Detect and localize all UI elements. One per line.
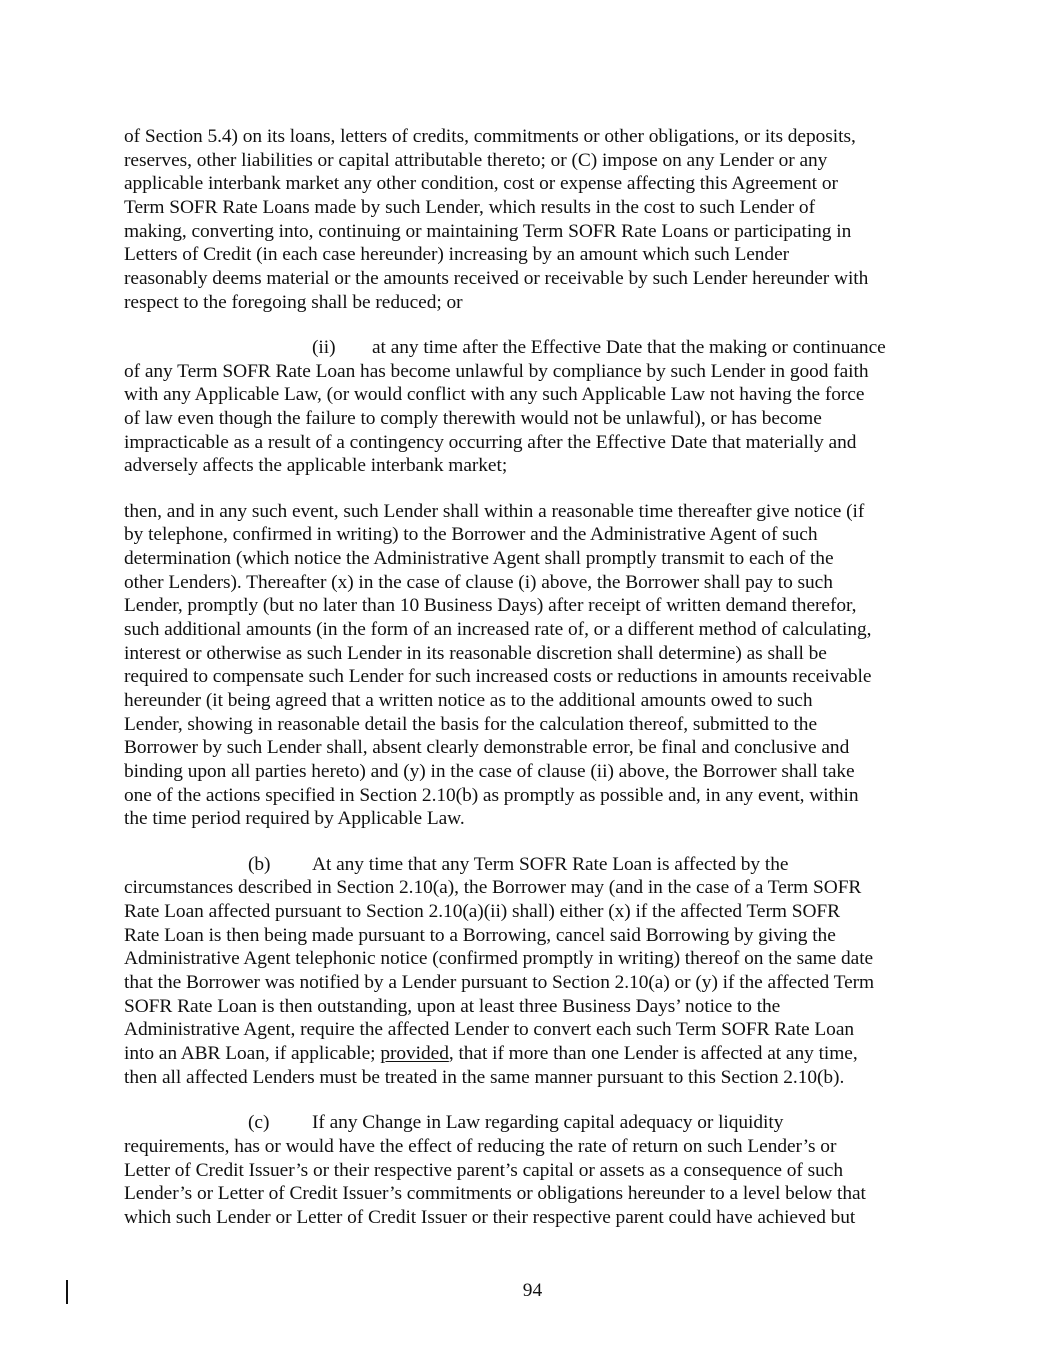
text-line: Lender’s or Letter of Credit Issuer’s co… (124, 1182, 866, 1206)
text-line: then, and in any such event, such Lender… (124, 500, 864, 524)
text-segment: into an ABR Loan, if applicable; (124, 1043, 380, 1064)
provided-underlined-term: provided (380, 1043, 449, 1064)
text-line: requirements, has or would have the effe… (124, 1135, 836, 1159)
text-line: applicable interbank market any other co… (124, 172, 838, 196)
text-line: Administrative Agent, require the affect… (124, 1018, 854, 1042)
text-line: one of the actions specified in Section … (124, 784, 859, 808)
text-line: respect to the foregoing shall be reduce… (124, 291, 463, 315)
text-line: that the Borrower was notified by a Lend… (124, 971, 874, 995)
text-line: of any Term SOFR Rate Loan has become un… (124, 360, 869, 384)
text-line: At any time that any Term SOFR Rate Loan… (312, 853, 788, 877)
text-line: Letters of Credit (in each case hereunde… (124, 243, 789, 267)
paragraph-label: (c) (248, 1111, 269, 1135)
text-line: reserves, other liabilities or capital a… (124, 149, 827, 173)
text-line: required to compensate such Lender for s… (124, 665, 871, 689)
paragraph-label: (b) (248, 853, 270, 877)
text-line: interest or otherwise as such Lender in … (124, 642, 827, 666)
text-line: circumstances described in Section 2.10(… (124, 876, 861, 900)
text-line: hereunder (it being agreed that a writte… (124, 689, 813, 713)
text-line: Letter of Credit Issuer’s or their respe… (124, 1159, 843, 1183)
text-line: of Section 5.4) on its loans, letters of… (124, 125, 856, 149)
text-line: Lender, promptly (but no later than 10 B… (124, 594, 856, 618)
text-line: then all affected Lenders must be treate… (124, 1066, 844, 1090)
text-line: Administrative Agent telephonic notice (… (124, 947, 873, 971)
text-segment: , that if more than one Lender is affect… (449, 1043, 858, 1064)
text-line: impracticable as a result of a contingen… (124, 431, 856, 455)
text-line: adversely affects the applicable interba… (124, 454, 507, 478)
text-line: of law even though the failure to comply… (124, 407, 822, 431)
text-line: determination (which notice the Administ… (124, 547, 834, 571)
text-line: by telephone, confirmed in writing) to t… (124, 523, 818, 547)
text-line: Borrower by such Lender shall, absent cl… (124, 736, 849, 760)
text-line: reasonably deems material or the amounts… (124, 267, 868, 291)
text-line: If any Change in Law regarding capital a… (312, 1111, 783, 1135)
text-line: Rate Loan is then being made pursuant to… (124, 924, 836, 948)
text-line: binding upon all parties hereto) and (y)… (124, 760, 855, 784)
text-line: SOFR Rate Loan is then outstanding, upon… (124, 995, 780, 1019)
text-line: with any Applicable Law, (or would confl… (124, 383, 864, 407)
text-line: such additional amounts (in the form of … (124, 618, 871, 642)
document-page: of Section 5.4) on its loans, letters of… (0, 0, 1055, 1365)
page-number: 94 (0, 1280, 1055, 1302)
text-line: Term SOFR Rate Loans made by such Lender… (124, 196, 815, 220)
text-line: other Lenders). Thereafter (x) in the ca… (124, 571, 833, 595)
clause-label: (ii) (312, 336, 336, 360)
text-line: Lender, showing in reasonable detail the… (124, 713, 817, 737)
text-line: making, converting into, continuing or m… (124, 220, 851, 244)
text-line: at any time after the Effective Date tha… (372, 336, 886, 360)
text-line: which such Lender or Letter of Credit Is… (124, 1206, 855, 1230)
text-line: the time period required by Applicable L… (124, 807, 465, 831)
text-line: Rate Loan affected pursuant to Section 2… (124, 900, 840, 924)
text-line: into an ABR Loan, if applicable; provide… (124, 1042, 858, 1066)
